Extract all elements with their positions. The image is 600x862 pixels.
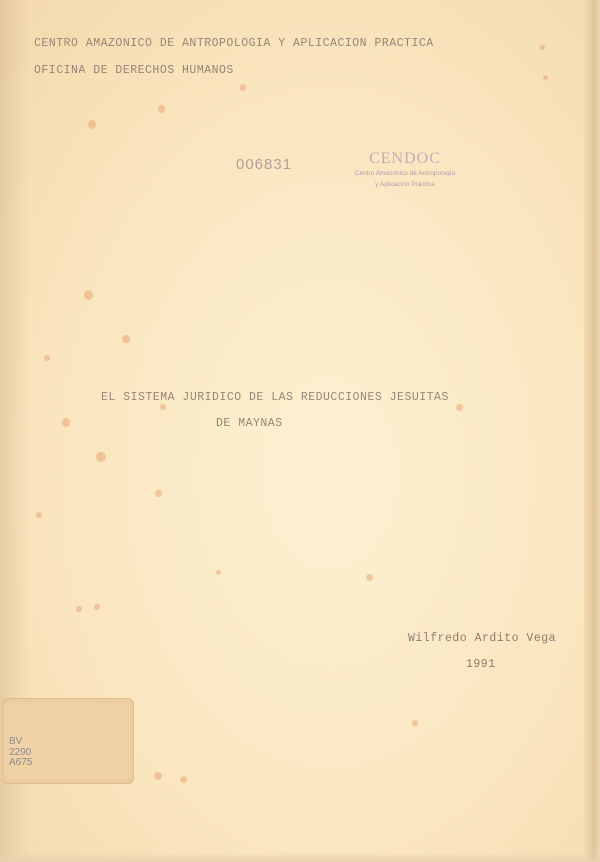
library-stamp: CENDOC Centro Amazónico de Antropología … <box>330 150 480 190</box>
foxing-spot <box>88 120 96 129</box>
call-number-line-1: BV <box>9 737 32 748</box>
foxing-spot <box>160 404 166 410</box>
call-number-label: BV 2290 A675 <box>2 698 134 784</box>
foxing-spot <box>158 105 165 113</box>
foxing-spot <box>155 490 162 497</box>
author-name: Wilfredo Ardito Vega <box>408 632 556 645</box>
call-number-line-3: A675 <box>9 758 32 769</box>
foxing-spot <box>366 574 373 581</box>
foxing-spot <box>84 290 93 300</box>
page-edge <box>584 0 600 862</box>
foxing-spot <box>96 452 106 462</box>
foxing-spot <box>94 604 100 610</box>
foxing-spot <box>412 720 418 726</box>
foxing-spot <box>240 84 246 91</box>
document-title-line-1: EL SISTEMA JURIDICO DE LAS REDUCCIONES J… <box>101 391 449 404</box>
foxing-spot <box>44 355 50 361</box>
institution-name: CENTRO AMAZONICO DE ANTROPOLOGIA Y APLIC… <box>34 37 434 50</box>
stamp-line-1: Centro Amazónico de Antropología <box>330 168 480 179</box>
page-edge-bottom <box>0 852 600 862</box>
foxing-spot <box>216 570 221 575</box>
document-page: CENTRO AMAZONICO DE ANTROPOLOGIA Y APLIC… <box>0 0 600 862</box>
foxing-spot <box>122 335 130 343</box>
foxing-spot <box>456 404 463 411</box>
foxing-spot <box>76 606 82 612</box>
foxing-spot <box>540 45 545 50</box>
document-title-line-2: DE MAYNAS <box>216 417 283 430</box>
foxing-spot <box>154 772 162 780</box>
foxing-spot <box>543 75 548 80</box>
stamp-line-2: y Aplicación Práctica <box>330 179 480 190</box>
publication-year: 1991 <box>466 658 496 671</box>
foxing-spot <box>36 512 42 518</box>
office-name: OFICINA DE DERECHOS HUMANOS <box>34 64 234 77</box>
call-number-text: BV 2290 A675 <box>9 737 32 769</box>
foxing-spot <box>62 418 70 427</box>
foxing-spot <box>180 776 187 783</box>
accession-number: 006831 <box>236 156 292 173</box>
stamp-title: CENDOC <box>330 150 480 168</box>
